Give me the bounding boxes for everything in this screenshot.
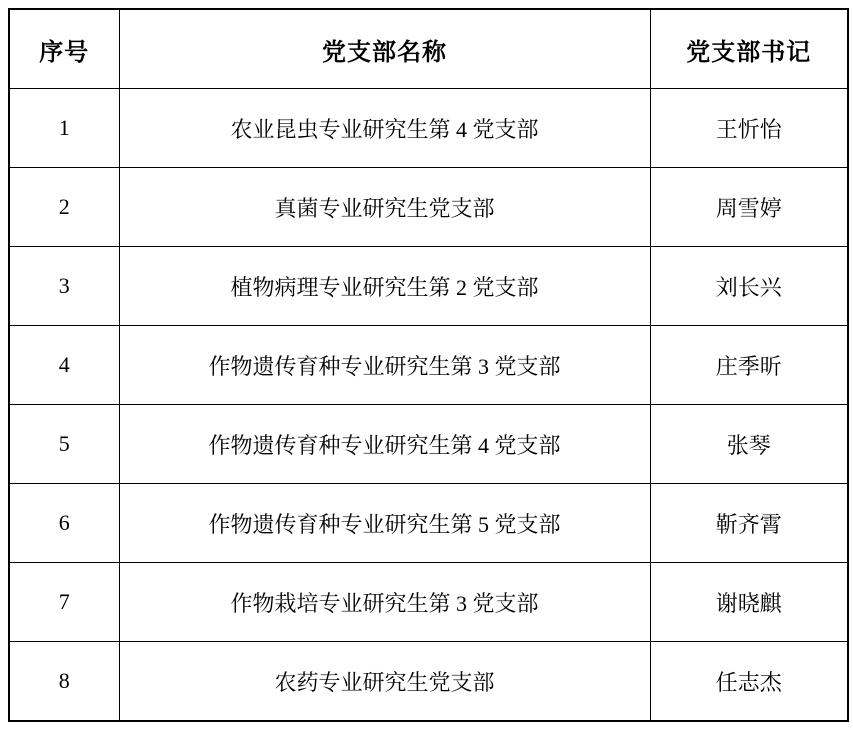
row-serial-number: 6 [9,484,119,563]
row-branch-name: 真菌专业研究生党支部 [119,168,650,247]
table-row: 1农业昆虫专业研究生第 4 党支部王忻怡 [9,89,848,168]
table-row: 4作物遗传育种专业研究生第 3 党支部庄季昕 [9,326,848,405]
row-branch-name: 作物栽培专业研究生第 3 党支部 [119,563,650,642]
table-row: 7作物栽培专业研究生第 3 党支部谢晓麒 [9,563,848,642]
row-branch-secretary: 庄季昕 [650,326,848,405]
row-serial-number: 2 [9,168,119,247]
table-row: 6作物遗传育种专业研究生第 5 党支部靳齐霄 [9,484,848,563]
header-branch-secretary: 党支部书记 [650,9,848,89]
row-branch-name: 作物遗传育种专业研究生第 4 党支部 [119,405,650,484]
row-serial-number: 5 [9,405,119,484]
row-serial-number: 7 [9,563,119,642]
table-row: 3植物病理专业研究生第 2 党支部刘长兴 [9,247,848,326]
row-branch-name: 农业昆虫专业研究生第 4 党支部 [119,89,650,168]
row-serial-number: 1 [9,89,119,168]
row-branch-secretary: 谢晓麒 [650,563,848,642]
row-branch-name: 农药专业研究生党支部 [119,642,650,722]
header-branch-name: 党支部名称 [119,9,650,89]
party-branch-table: 序号 党支部名称 党支部书记 1农业昆虫专业研究生第 4 党支部王忻怡2真菌专业… [8,8,849,722]
row-branch-name: 植物病理专业研究生第 2 党支部 [119,247,650,326]
document-page: 序号 党支部名称 党支部书记 1农业昆虫专业研究生第 4 党支部王忻怡2真菌专业… [0,0,853,735]
header-serial-number: 序号 [9,9,119,89]
row-branch-secretary: 张琴 [650,405,848,484]
row-serial-number: 3 [9,247,119,326]
row-serial-number: 4 [9,326,119,405]
row-branch-secretary: 周雪婷 [650,168,848,247]
table-row: 8农药专业研究生党支部任志杰 [9,642,848,722]
row-branch-secretary: 任志杰 [650,642,848,722]
table-header-row: 序号 党支部名称 党支部书记 [9,9,848,89]
row-branch-secretary: 刘长兴 [650,247,848,326]
row-branch-secretary: 靳齐霄 [650,484,848,563]
row-branch-name: 作物遗传育种专业研究生第 3 党支部 [119,326,650,405]
row-serial-number: 8 [9,642,119,722]
row-branch-name: 作物遗传育种专业研究生第 5 党支部 [119,484,650,563]
table-body: 1农业昆虫专业研究生第 4 党支部王忻怡2真菌专业研究生党支部周雪婷3植物病理专… [9,89,848,722]
table-row: 5作物遗传育种专业研究生第 4 党支部张琴 [9,405,848,484]
row-branch-secretary: 王忻怡 [650,89,848,168]
table-row: 2真菌专业研究生党支部周雪婷 [9,168,848,247]
